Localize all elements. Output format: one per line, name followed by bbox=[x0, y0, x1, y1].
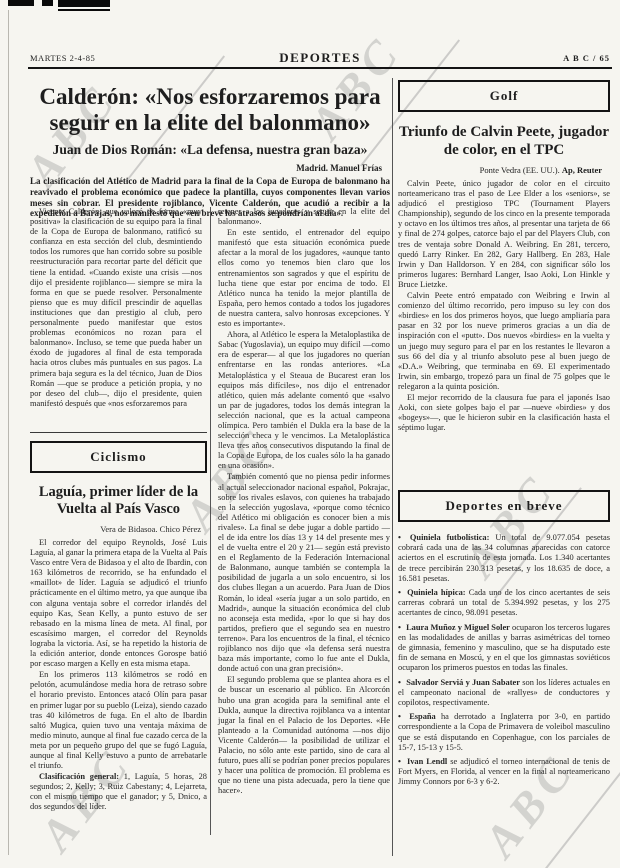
column-divider bbox=[210, 207, 211, 835]
golf-dateline: Ponte Vedra (EE. UU.). bbox=[480, 165, 560, 175]
breve-item: • Salvador Serviá y Juan Sabater son los… bbox=[398, 678, 610, 709]
article-paragraph: El segundo problema que se plantea ahora… bbox=[218, 675, 390, 796]
main-article-column-1: Vicente Calderón, que valoró de forma «m… bbox=[30, 207, 202, 433]
article-paragraph: El corredor del equipo Reynolds, José Lu… bbox=[30, 538, 207, 669]
classification-label: Clasificación general: bbox=[39, 772, 119, 781]
breve-lead: Salvador Serviá y Juan Sabater bbox=[406, 678, 520, 687]
page-header: MARTES 2-4-85 DEPORTES A B C / 65 bbox=[28, 50, 612, 66]
scan-artifact-mark bbox=[58, 9, 110, 11]
scan-artifact-mark bbox=[8, 0, 34, 6]
article-paragraph: También comentó que no piensa pedir info… bbox=[218, 472, 390, 674]
ciclismo-section-label: Ciclismo bbox=[30, 441, 207, 473]
bullet-icon: • bbox=[398, 588, 401, 597]
breve-item: • Ivan Lendl se adjudicó el torneo inter… bbox=[398, 757, 610, 788]
golf-headline: Triunfo de Calvin Peete, jugador de colo… bbox=[398, 123, 610, 159]
article-paragraph: Calvin Peete entró empatado con Weibring… bbox=[398, 291, 610, 392]
golf-section: Golf Triunfo de Calvin Peete, jugador de… bbox=[398, 80, 610, 434]
main-headline: Calderón: «Nos esforzaremos para seguir … bbox=[34, 84, 386, 136]
scan-artifact-mark bbox=[42, 0, 53, 6]
bullet-icon: • bbox=[398, 757, 401, 766]
header-rule bbox=[28, 67, 612, 69]
golf-section-label: Golf bbox=[398, 80, 610, 112]
header-page-number: A B C / 65 bbox=[563, 53, 610, 63]
main-article: Calderón: «Nos esforzaremos para seguir … bbox=[30, 74, 390, 219]
article-paragraph: Ahora, al Atlético le espera la Metalopl… bbox=[218, 330, 390, 471]
article-paragraph: En los primeros 113 kilómetros se rodó e… bbox=[30, 670, 207, 771]
article-paragraph: En este sentido, el entrenador del equip… bbox=[218, 228, 390, 329]
article-paragraph: retener a los jugadores y seguir en la e… bbox=[218, 207, 390, 227]
breve-item: • Quiniela hípica: Cada uno de los cinco… bbox=[398, 588, 610, 619]
breve-lead: España bbox=[409, 712, 436, 721]
article-paragraph: Vicente Calderón, que valoró de forma «m… bbox=[30, 207, 202, 409]
golf-byline: Ponte Vedra (EE. UU.). Ap, Reuter bbox=[398, 165, 602, 175]
ciclismo-byline: Vera de Bidasoa. Chico Pérez bbox=[30, 524, 201, 534]
breve-item: • España ha derrotado a Inglaterra por 3… bbox=[398, 712, 610, 753]
main-right-divider bbox=[392, 78, 393, 856]
article-paragraph: El mejor recorrido de la clausura fue pa… bbox=[398, 393, 610, 433]
article-paragraph: Calvin Peete, único jugador de color en … bbox=[398, 179, 610, 290]
breve-item: • Quiniela futbolística: Un total de 9.0… bbox=[398, 533, 610, 584]
ciclismo-section: Ciclismo Laguía, primer líder de la Vuel… bbox=[30, 432, 207, 814]
classification-paragraph: Clasificación general: 1, Laguía, 5 hora… bbox=[30, 772, 207, 812]
bullet-icon: • bbox=[398, 623, 401, 632]
scan-artifact-mark bbox=[58, 0, 110, 7]
bullet-icon: • bbox=[398, 533, 401, 542]
breve-item: • Laura Muñoz y Miguel Soler ocuparon lo… bbox=[398, 623, 610, 674]
main-subheadline: Juan de Dios Román: «La defensa, nuestra… bbox=[30, 142, 390, 158]
breve-lead: Quiniela hípica: bbox=[407, 588, 466, 597]
golf-agency: Ap, Reuter bbox=[562, 165, 602, 175]
bullet-icon: • bbox=[398, 712, 401, 721]
breve-lead: Quiniela futbolística: bbox=[410, 533, 490, 542]
main-article-column-2: retener a los jugadores y seguir en la e… bbox=[218, 207, 390, 797]
ciclismo-headline: Laguía, primer líder de la Vuelta al Paí… bbox=[30, 484, 207, 518]
breve-lead: Laura Muñoz y Miguel Soler bbox=[406, 623, 510, 632]
main-byline: Madrid. Manuel Frías bbox=[30, 163, 382, 173]
page-edge-line bbox=[8, 10, 9, 855]
breves-section-label: Deportes en breve bbox=[398, 490, 610, 522]
newspaper-page: ABC ABC ABC ABC ABC ABC MARTES 2-4-85 DE… bbox=[0, 0, 620, 868]
header-section-title: DEPORTES bbox=[28, 50, 612, 66]
bullet-icon: • bbox=[398, 678, 401, 687]
breve-lead: Ivan Lendl bbox=[407, 757, 447, 766]
breves-section: Deportes en breve • Quiniela futbolístic… bbox=[398, 490, 610, 792]
